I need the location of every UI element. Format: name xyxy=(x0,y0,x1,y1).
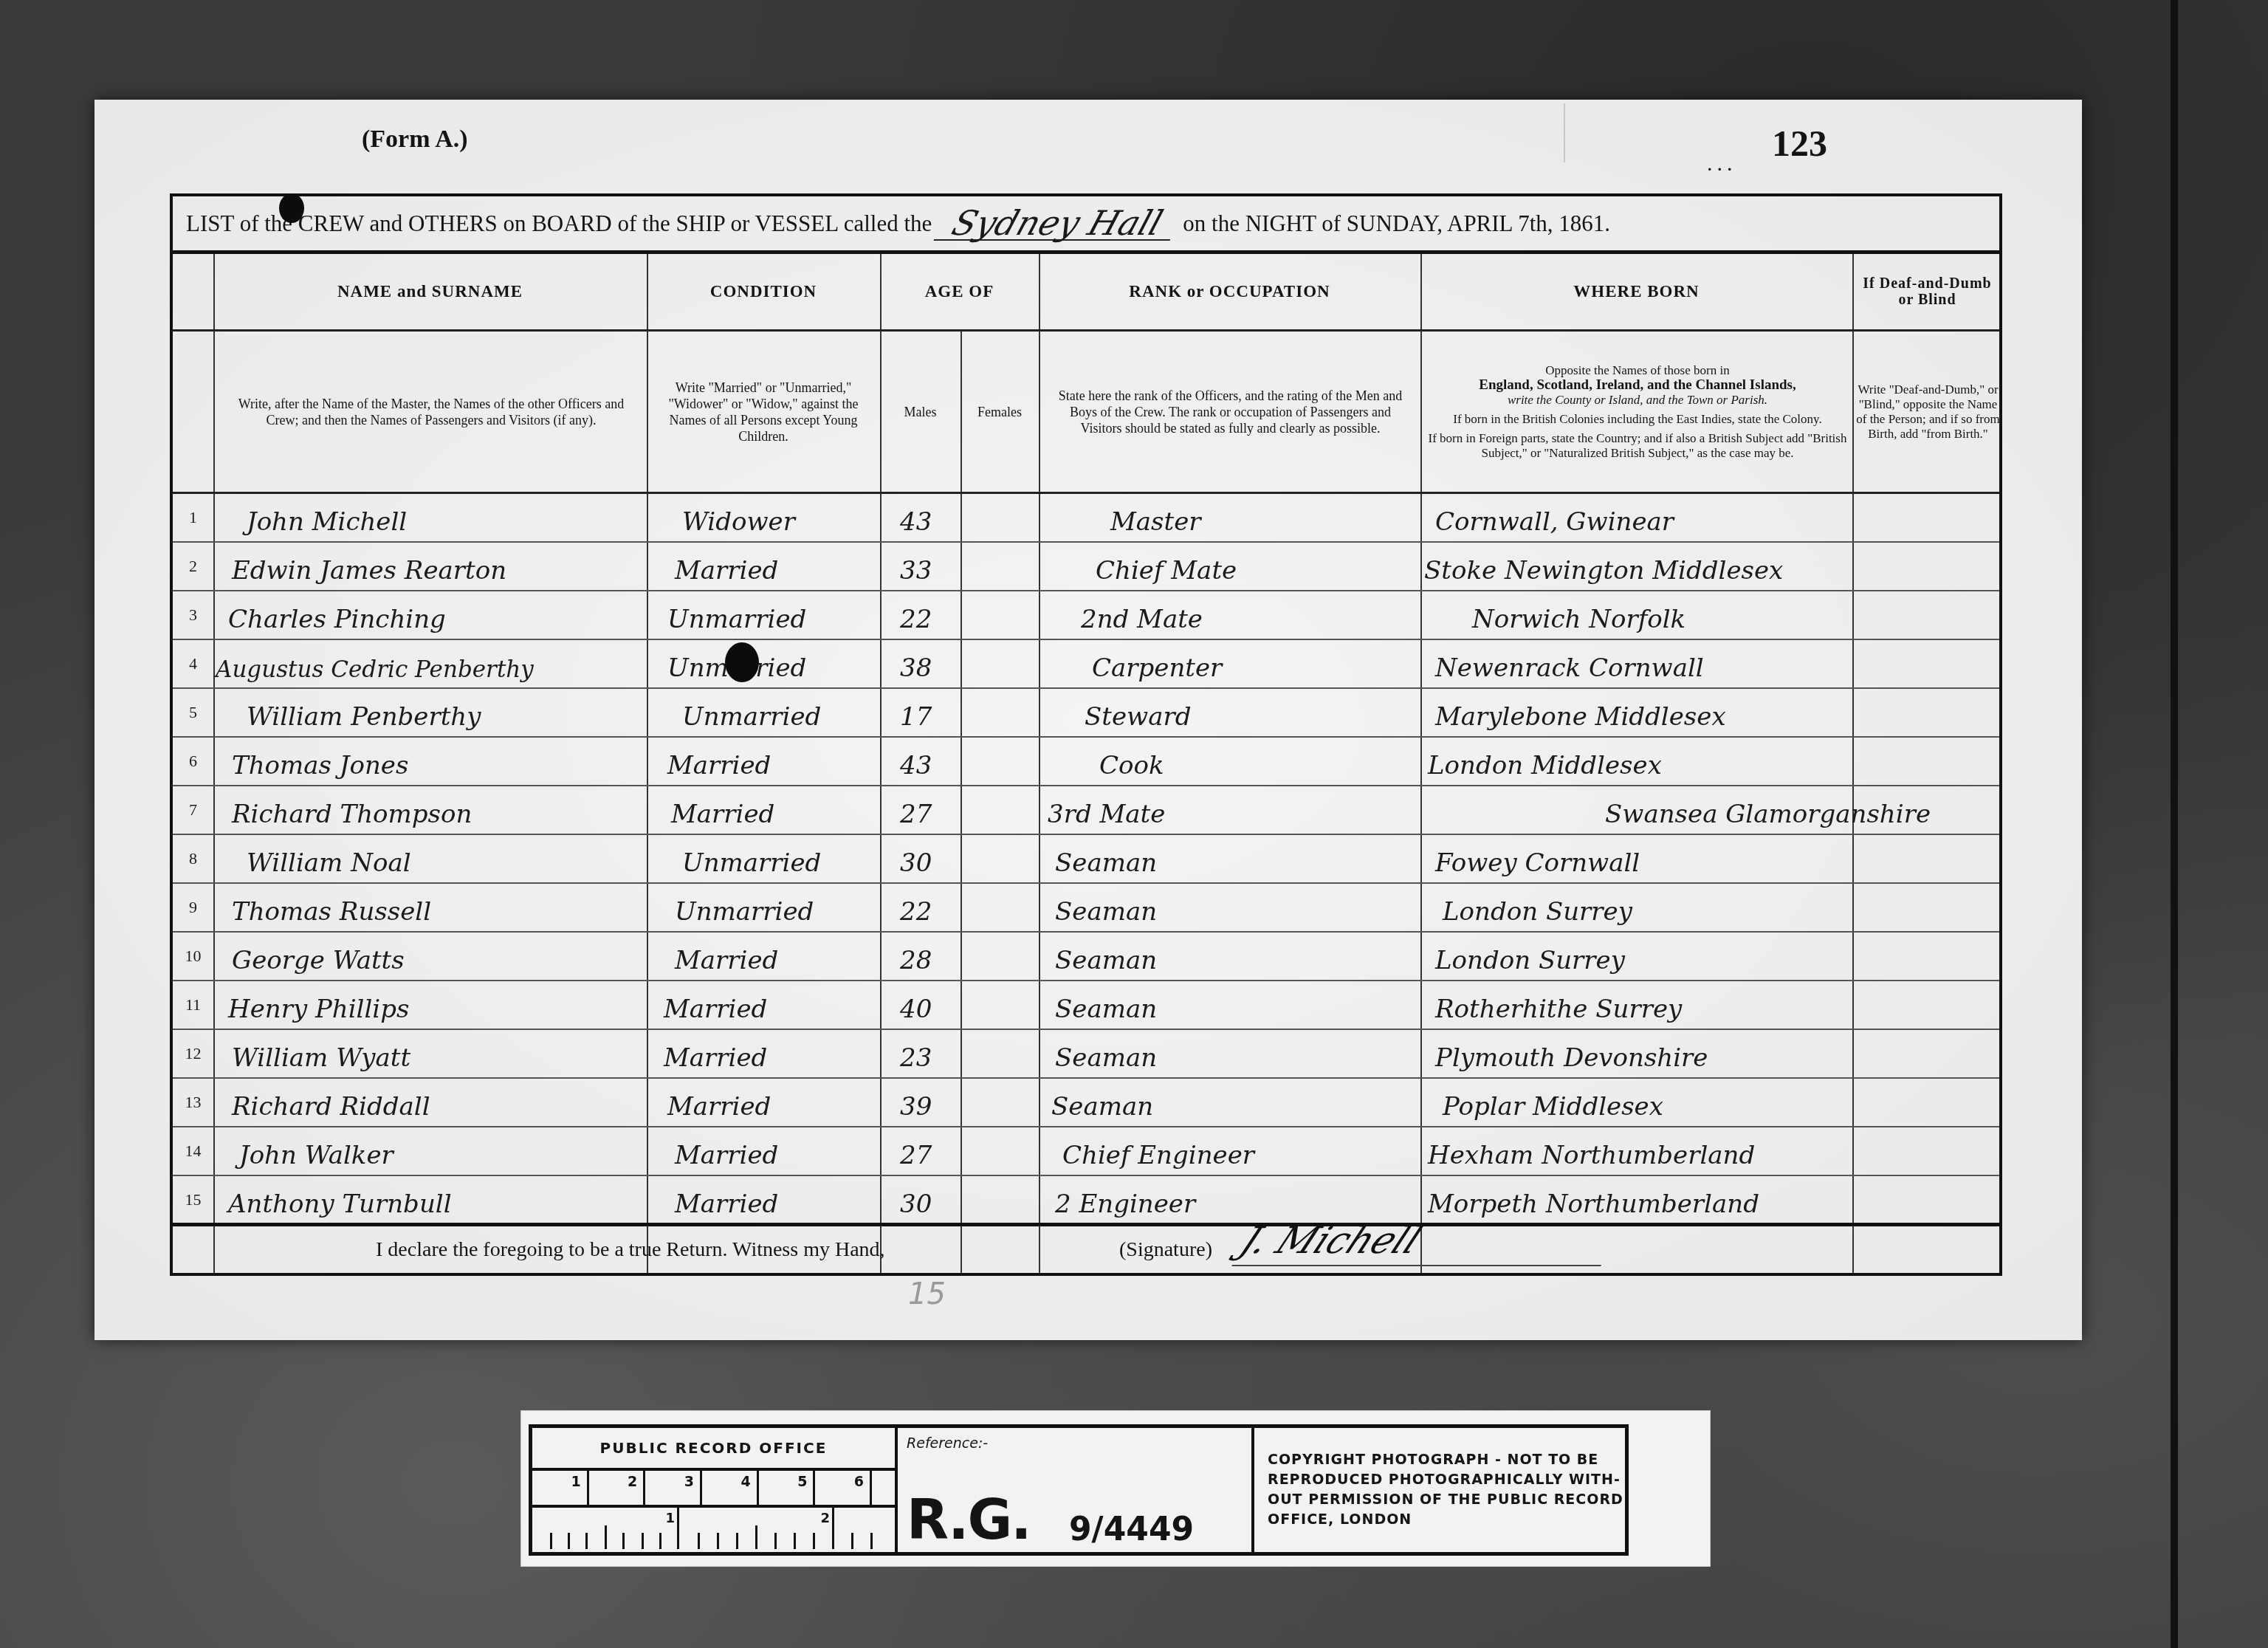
person-name: Anthony Turnbull xyxy=(228,1181,452,1223)
birthplace: London Surrey xyxy=(1443,888,1632,931)
birthplace: Fowey Cornwall xyxy=(1435,840,1640,882)
male-age: 30 xyxy=(900,1181,932,1223)
person-condition: Unmarried xyxy=(682,693,821,736)
person-rank: Seaman xyxy=(1051,1083,1153,1126)
note-born-5: If born in Foreign parts, state the Coun… xyxy=(1428,431,1847,461)
ruler-mark: 1 xyxy=(532,1471,589,1505)
person-name: William Wyatt xyxy=(232,1034,410,1077)
header-born: WHERE BORN xyxy=(1420,254,1852,329)
row-number: 7 xyxy=(173,791,213,834)
note-born-1: Opposite the Names of those born in xyxy=(1545,363,1729,378)
birthplace: London Middlesex xyxy=(1428,742,1662,785)
person-rank: Seaman xyxy=(1055,1034,1157,1077)
ruler-major-tick: 1 xyxy=(677,1508,679,1549)
person-condition: Married xyxy=(667,1083,771,1126)
person-rank: Seaman xyxy=(1055,986,1157,1029)
ruler-inches: 1 2 3 4 5 6 xyxy=(532,1471,895,1508)
row-number: 14 xyxy=(173,1132,213,1175)
male-age: 22 xyxy=(900,888,932,931)
ruler-tick xyxy=(550,1533,552,1549)
table-row: 7 Richard Thompson Married 27 3rd Mate S… xyxy=(173,786,1999,835)
person-condition: Married xyxy=(675,1181,778,1223)
pencil-note: 15 xyxy=(908,1277,946,1311)
male-age: 30 xyxy=(900,840,932,882)
header-age: AGE OF xyxy=(880,254,1039,329)
crew-register-table: LIST of the CREW and OTHERS on BOARD of … xyxy=(170,193,2002,1276)
row-number: 9 xyxy=(173,888,213,931)
note-name: Write, after the Name of the Master, the… xyxy=(232,332,630,492)
header-name: NAME and SURNAME xyxy=(213,254,647,329)
person-name: Charles Pinching xyxy=(228,596,446,639)
ruler-tick xyxy=(755,1525,757,1549)
reference-piece: 9/4449 xyxy=(1069,1511,1194,1548)
ruler-mark: 2 xyxy=(589,1471,646,1505)
birthplace: Cornwall, Gwinear xyxy=(1435,498,1674,541)
row-number: 15 xyxy=(173,1181,213,1223)
table-row: 12 William Wyatt Married 23 Seaman Plymo… xyxy=(173,1030,1999,1079)
ruler-tick xyxy=(851,1533,853,1549)
ruler-tick xyxy=(659,1533,661,1549)
ink-blot xyxy=(279,193,304,223)
ruler-tick xyxy=(736,1533,738,1549)
male-age: 28 xyxy=(900,937,932,980)
row-number: 4 xyxy=(173,645,213,687)
person-condition: Unmarried xyxy=(675,888,814,931)
person-condition: Married xyxy=(667,742,771,785)
person-rank: Seaman xyxy=(1055,937,1157,980)
person-rank: Carpenter xyxy=(1092,645,1222,687)
male-age: 39 xyxy=(900,1083,932,1126)
reference-series: R.G. xyxy=(907,1489,1030,1552)
table-row: 8 William Noal Unmarried 30 Seaman Fowey… xyxy=(173,835,1999,884)
ship-name: Sydney Hall xyxy=(934,207,1181,241)
header-deaf: If Deaf-and-Dumb or Blind xyxy=(1852,254,2002,329)
ruler-tick xyxy=(605,1525,607,1549)
row-number: 8 xyxy=(173,840,213,882)
row-number: 11 xyxy=(173,986,213,1029)
person-name: Augustus Cedric Penberthy xyxy=(216,645,534,687)
ruler-tick xyxy=(774,1533,777,1549)
person-condition: Unmarried xyxy=(682,840,821,882)
table-row: 10 George Watts Married 28 Seaman London… xyxy=(173,933,1999,981)
birthplace: Stoke Newington Middlesex xyxy=(1424,547,1783,590)
ruler-mark-end xyxy=(872,1471,895,1505)
form-label: (Form A.) xyxy=(362,126,468,154)
person-rank: 3rd Mate xyxy=(1048,791,1165,834)
male-age: 27 xyxy=(900,791,932,834)
header-females: Females xyxy=(961,332,1039,492)
person-name: Thomas Jones xyxy=(232,742,408,785)
male-age: 40 xyxy=(900,986,932,1029)
note-born-2: England, Scotland, Ireland, and the Chan… xyxy=(1479,378,1795,393)
ruler-mark: 6 xyxy=(815,1471,872,1505)
declaration-text: I declare the foregoing to be a true Ret… xyxy=(376,1238,885,1262)
signature-label: (Signature) xyxy=(1119,1238,1212,1262)
table-row: 13 Richard Riddall Married 39 Seaman Pop… xyxy=(173,1079,1999,1127)
row-number: 2 xyxy=(173,547,213,590)
person-rank: Seaman xyxy=(1055,888,1157,931)
male-age: 43 xyxy=(900,742,932,785)
archive-label-frame: PUBLIC RECORD OFFICE 1 2 3 4 5 6 1 2 xyxy=(529,1424,1629,1556)
ruler-tick xyxy=(698,1533,700,1549)
male-age: 22 xyxy=(900,596,932,639)
note-rank: State here the rank of the Officers, and… xyxy=(1055,332,1406,492)
note-born: Opposite the Names of those born in Engl… xyxy=(1428,332,1847,492)
row-number: 1 xyxy=(173,498,213,541)
birthplace: London Surrey xyxy=(1435,937,1625,980)
row-number: 13 xyxy=(173,1083,213,1126)
table-row: 9 Thomas Russell Unmarried 22 Seaman Lon… xyxy=(173,884,1999,933)
mount-edge xyxy=(2171,0,2178,1648)
table-row: 6 Thomas Jones Married 43 Cook London Mi… xyxy=(173,738,1999,786)
table-row: 11 Henry Phillips Married 40 Seaman Roth… xyxy=(173,981,1999,1030)
ruler-tick xyxy=(622,1533,625,1549)
office-name: PUBLIC RECORD OFFICE xyxy=(532,1428,895,1471)
title-tail: on the NIGHT of SUNDAY, APRIL 7th, 1861. xyxy=(1183,210,1610,237)
note-deaf: Write "Deaf-and-Dumb," or "Blind," oppos… xyxy=(1856,332,2000,492)
table-row: 1 John Michell Widower 43 Master Cornwal… xyxy=(173,494,1999,543)
ruler-tick xyxy=(794,1533,796,1549)
table-row: 15 Anthony Turnbull Married 30 2 Enginee… xyxy=(173,1176,1999,1225)
ruler-scale: 1 2 xyxy=(532,1508,895,1549)
person-name: Edwin James Rearton xyxy=(232,547,506,590)
table-row: 5 William Penberthy Unmarried 17 Steward… xyxy=(173,689,1999,738)
ruler-tick xyxy=(585,1533,588,1549)
birthplace: Newenrack Cornwall xyxy=(1435,645,1704,687)
male-age: 33 xyxy=(900,547,932,590)
ruler-tick xyxy=(717,1533,719,1549)
person-name: William Penberthy xyxy=(247,693,481,736)
male-age: 17 xyxy=(900,693,932,736)
person-rank: Cook xyxy=(1099,742,1164,785)
header-condition: CONDITION xyxy=(647,254,880,329)
person-condition: Unmarried xyxy=(667,596,806,639)
person-name: John Walker xyxy=(239,1132,394,1175)
archive-label: PUBLIC RECORD OFFICE 1 2 3 4 5 6 1 2 xyxy=(520,1410,1711,1567)
table-row: 2 Edwin James Rearton Married 33 Chief M… xyxy=(173,543,1999,591)
person-name: George Watts xyxy=(232,937,405,980)
person-condition: Married xyxy=(675,937,778,980)
ruler-major-tick: 2 xyxy=(832,1508,834,1549)
birthplace: Rotherhithe Surrey xyxy=(1435,986,1682,1029)
person-condition: Married xyxy=(664,986,767,1029)
male-age: 23 xyxy=(900,1034,932,1077)
note-condition: Write "Married" or "Unmarried," "Widower… xyxy=(664,332,863,492)
person-rank: Chief Engineer xyxy=(1062,1132,1254,1175)
person-rank: 2nd Mate xyxy=(1081,596,1203,639)
table-row: 14 John Walker Married 27 Chief Engineer… xyxy=(173,1127,1999,1176)
reference-block: Reference:- R.G. 9/4449 xyxy=(898,1428,1254,1552)
person-condition: Married xyxy=(671,791,774,834)
reference-label: Reference:- xyxy=(907,1435,988,1452)
person-condition: Married xyxy=(675,1132,778,1175)
person-rank: Chief Mate xyxy=(1096,547,1237,590)
header-rank: RANK or OCCUPATION xyxy=(1039,254,1420,329)
person-name: Henry Phillips xyxy=(228,986,409,1029)
person-rank: Master xyxy=(1110,498,1201,541)
person-condition: Widower xyxy=(682,498,795,541)
ruler-major-label: 1 xyxy=(665,1511,675,1526)
row-number: 12 xyxy=(173,1034,213,1077)
person-rank: Steward xyxy=(1085,693,1191,736)
table-row: 3 Charles Pinching Unmarried 22 2nd Mate… xyxy=(173,591,1999,640)
person-name: William Noal xyxy=(247,840,411,882)
row-number: 3 xyxy=(173,596,213,639)
ruler-mark: 5 xyxy=(759,1471,816,1505)
male-age: 38 xyxy=(900,645,932,687)
person-name: Richard Thompson xyxy=(232,791,472,834)
birthplace: Marylebone Middlesex xyxy=(1435,693,1726,736)
note-born-3: write the County or Island, and the Town… xyxy=(1508,393,1767,408)
ruler-tick xyxy=(813,1533,815,1549)
ruler-mark: 3 xyxy=(645,1471,702,1505)
row-number: 5 xyxy=(173,693,213,736)
birthplace: Poplar Middlesex xyxy=(1443,1083,1663,1126)
person-rank: Seaman xyxy=(1055,840,1157,882)
birthplace: Norwich Norfolk xyxy=(1472,596,1685,639)
row-number: 6 xyxy=(173,742,213,785)
ruler-tick xyxy=(568,1533,570,1549)
person-name: Thomas Russell xyxy=(232,888,431,931)
declaration-row: I declare the foregoing to be a true Ret… xyxy=(173,1223,1999,1273)
note-born-4: If born in the British Colonies includin… xyxy=(1453,412,1821,427)
fold-line xyxy=(1564,103,1565,162)
page-dots: ... xyxy=(1707,151,1737,176)
ruler-mark: 4 xyxy=(702,1471,759,1505)
register-title: LIST of the CREW and OTHERS on BOARD of … xyxy=(173,196,1999,254)
header-males: Males xyxy=(880,332,961,492)
male-age: 43 xyxy=(900,498,932,541)
birthplace: Plymouth Devonshire xyxy=(1435,1034,1708,1077)
ruler-tick xyxy=(870,1533,873,1549)
ink-blot xyxy=(725,642,759,682)
page-number: 123 xyxy=(1772,122,1827,165)
birthplace: Swansea Glamorganshire xyxy=(1605,791,1931,834)
master-signature: J. Michell xyxy=(1231,1216,1624,1266)
person-rank: 2 Engineer xyxy=(1055,1181,1195,1223)
male-age: 27 xyxy=(900,1132,932,1175)
person-name: John Michell xyxy=(247,498,407,541)
person-condition: Married xyxy=(675,547,778,590)
ruler-tick xyxy=(642,1533,644,1549)
birthplace: Hexham Northumberland xyxy=(1428,1132,1755,1175)
row-number: 10 xyxy=(173,937,213,980)
copyright-notice: COPYRIGHT PHOTOGRAPH - NOT TO BE REPRODU… xyxy=(1254,1428,1625,1552)
person-condition: Married xyxy=(664,1034,767,1077)
office-ruler-block: PUBLIC RECORD OFFICE 1 2 3 4 5 6 1 2 xyxy=(532,1428,898,1552)
person-name: Richard Riddall xyxy=(232,1083,430,1126)
ruler-major-label: 2 xyxy=(820,1511,830,1526)
table-row: 4 Augustus Cedric Penberthy Unmarried 38… xyxy=(173,640,1999,689)
